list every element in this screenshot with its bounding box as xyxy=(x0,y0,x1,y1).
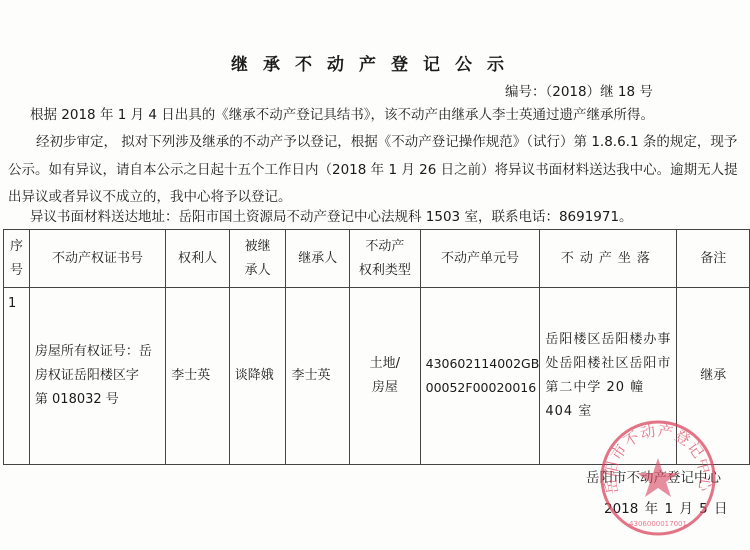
unit-no-line1: 430602114002GB xyxy=(426,352,540,376)
cert-no-line2: 房权证岳阳楼区字 xyxy=(35,364,165,388)
header-decedent-line2: 承人 xyxy=(230,259,286,283)
cell-unit-no: 430602114002GB 00052F00020016 xyxy=(420,288,540,465)
table-header-row: 序 号 不动产权证书号 权利人 被继 承人 继承人 不动产 权利类型 不动产单元… xyxy=(4,230,750,288)
issuing-organization: 岳阳市不动产登记中心 xyxy=(586,466,721,486)
property-table: 序 号 不动产权证书号 权利人 被继 承人 继承人 不动产 权利类型 不动产单元… xyxy=(3,229,750,465)
cell-location: 岳阳楼区岳阳楼办事 处岳阳楼社区岳阳市 第二中学 20 幢 404 室 xyxy=(540,288,677,465)
cell-remark: 继承 xyxy=(677,288,750,465)
location-line3: 第二中学 20 幢 404 室 xyxy=(545,376,676,424)
cell-decedent: 谈降娥 xyxy=(229,288,286,465)
cell-right-holder: 李士英 xyxy=(166,288,230,465)
header-remark: 备注 xyxy=(677,230,750,288)
cert-no-line3: 第 018032 号 xyxy=(35,388,165,412)
paragraph-review: 经初步审定， 拟对下列涉及继承的不动产予以登记，根据《不动产登记操作规范》（试行… xyxy=(8,129,748,212)
header-right-type: 不动产 权利类型 xyxy=(350,230,421,288)
document-number: 编号：（2018）继 18 号 xyxy=(505,80,653,100)
cert-no-line1: 房屋所有权证号：岳 xyxy=(35,340,165,364)
header-unit-no: 不动产单元号 xyxy=(420,230,540,288)
location-line1: 岳阳楼区岳阳楼办事 xyxy=(545,328,676,352)
header-location: 不动产坐落 xyxy=(540,230,677,288)
right-type-line1: 土地/ xyxy=(350,352,420,376)
header-decedent-line1: 被继 xyxy=(230,235,286,259)
issue-date: 2018 年 1 月 5 日 xyxy=(604,497,728,517)
table-row: 1 房屋所有权证号：岳 房权证岳阳楼区字 第 018032 号 李士英 谈降娥 … xyxy=(4,288,750,465)
header-seq-line1: 序 xyxy=(4,235,29,259)
header-right-type-line2: 权利类型 xyxy=(350,259,420,283)
cell-seq: 1 xyxy=(4,288,30,465)
header-cert-no: 不动产权证书号 xyxy=(29,230,165,288)
header-seq-line2: 号 xyxy=(4,259,29,283)
paragraph-basis: 根据 2018 年 1 月 4 日出具的《继承不动产登记具结书》，该不动产由继承… xyxy=(8,102,748,130)
svg-text:4306000017001: 4306000017001 xyxy=(629,520,687,528)
page-title: 继承不动产登记公示 xyxy=(0,50,750,75)
header-right-holder: 权利人 xyxy=(166,230,230,288)
cell-heir: 李士英 xyxy=(286,288,350,465)
paragraph-address: 异议书面材料送达地址：岳阳市国土资源局不动产登记中心法规科 1503 室，联系电… xyxy=(8,204,748,232)
cell-right-type: 土地/ 房屋 xyxy=(350,288,421,465)
header-seq: 序 号 xyxy=(4,230,30,288)
header-right-type-line1: 不动产 xyxy=(350,235,420,259)
cell-cert-no: 房屋所有权证号：岳 房权证岳阳楼区字 第 018032 号 xyxy=(29,288,165,465)
location-line2: 处岳阳楼社区岳阳市 xyxy=(545,352,676,376)
unit-no-line2: 00052F00020016 xyxy=(426,376,540,400)
right-type-line2: 房屋 xyxy=(350,376,420,400)
header-heir: 继承人 xyxy=(286,230,350,288)
header-decedent: 被继 承人 xyxy=(229,230,286,288)
